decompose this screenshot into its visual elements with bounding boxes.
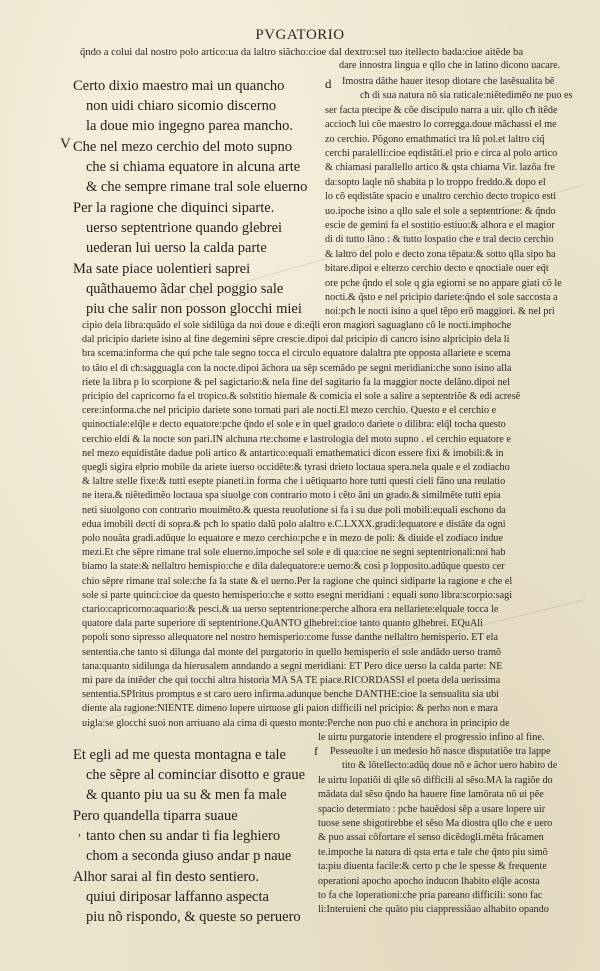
commentary-line: cere:informa.che nel pricipio dariete so… xyxy=(82,404,496,418)
paragraph-marker-f: f xyxy=(314,744,318,759)
verse-line: non uidi chiaro sicomio discerno xyxy=(73,96,276,118)
commentary-line: & laltre stelle fixe:& tutti esepte pian… xyxy=(82,475,505,489)
commentary-line: to tãto el di cħ:sagguagla con la nocte.… xyxy=(82,362,511,376)
commentary-line: quegli sigira elprio mobile da ariete iu… xyxy=(82,461,510,475)
commentary-line: Imostra dãthe hauer itesop diotare che l… xyxy=(342,75,554,89)
verse-line: Et egli ad me questa montagna e tale xyxy=(73,745,286,767)
margin-mark: V xyxy=(60,136,71,153)
commentary-line: biamo la state:& nellaltro hemispio:che … xyxy=(82,560,505,574)
commentary-line: mi pare da intẽder che qui tocchi altra … xyxy=(82,674,500,688)
margin-mark: , xyxy=(78,824,81,839)
paragraph-marker-d: d xyxy=(325,76,332,92)
verse-line: piu che salir non posson glocchi miei xyxy=(73,299,302,321)
commentary-line: da:sopto laqle nõ shabita p lo troppo fr… xyxy=(325,176,546,190)
verse-line: tanto chen su andar ti fia leghiero xyxy=(73,826,280,848)
verse-line: & quanto piu ua su & men fa male xyxy=(73,785,287,807)
commentary-line: acciocħ lui cõe maestro lo corregga.doue… xyxy=(325,118,557,132)
verse-line: quiui diriposar laffanno aspecta xyxy=(73,887,269,909)
commentary-line: tito & lõtellecto:adũq doue nõ e ãchor u… xyxy=(342,759,557,773)
verse-line: che sẽpre al cominciar disotto e graue xyxy=(73,765,305,787)
commentary-line: quatore dala parte superiore di septentr… xyxy=(82,617,483,631)
commentary-line: mezi.Et che sẽpre rimane tral sole eluer… xyxy=(82,546,505,560)
commentary-line: te.impoche la natura di qsta erta e tale… xyxy=(318,846,548,860)
commentary-line: dal pricipio dariete isino al fine degem… xyxy=(82,333,509,347)
commentary-line: & chiamasi parallello artico & qsta chia… xyxy=(325,161,555,175)
verse-line: Che nel mezo cerchio del moto supno xyxy=(73,137,292,159)
commentary-line: uigla:se glocchi suoi non arriuano ala c… xyxy=(82,717,509,731)
commentary-line: bra scema:informa che qui pche tale segn… xyxy=(82,347,511,361)
commentary-line: le uirtu lopatiõi di qlle sõ difficili a… xyxy=(318,774,553,788)
commentary-line: zo cerchio. Põgono emathmatici tra lũ po… xyxy=(325,133,545,147)
commentary-line: sole si parte quinci:cioe da questo hemi… xyxy=(82,589,512,603)
commentary-line: mãdata dal sẽso q̃ndo ha hauere fine lam… xyxy=(318,788,544,802)
commentary-line: ta:piu diuenta facile:& certo p che le s… xyxy=(318,860,547,874)
commentary-line: ser facta ptecipe & cõe discipulo narra … xyxy=(325,104,558,118)
commentary-line: riete la libra p lo scorpione & pel sagi… xyxy=(82,376,510,390)
commentary-line: & puo assai cõfortare el senso dicẽdogli… xyxy=(318,831,544,845)
commentary-line: Pesseuolte i un medesio hõ nasce disputa… xyxy=(330,745,551,759)
commentary-line: ne itera.& niẽtedimẽo loctaua spa siuolg… xyxy=(82,489,501,503)
verse-line: Per la ragione che diquinci siparte. xyxy=(73,198,274,220)
commentary-line: cipio dela libra:quãdo el sole sidilũga … xyxy=(82,319,511,333)
commentary-line: & laltro del polo e decto zona tẽpata:& … xyxy=(325,248,556,262)
commentary-line: cħ di sua natura nõ sia raticale:niẽtedi… xyxy=(360,89,572,103)
commentary-line: operationi apocho apocho inducon lhabito… xyxy=(318,875,540,889)
commentary-line: cerchi paralelli:cioe eqdistãti.el prio … xyxy=(325,147,557,161)
commentary-line: le uirtu purgatorie intendere el progres… xyxy=(318,731,544,745)
verse-line: Ma sate piace uolentieri saprei xyxy=(73,259,250,281)
commentary-line: nocti.& q̃sto e nel pricipio dariete:q̃n… xyxy=(325,291,558,305)
commentary-line: tuose sene sbigotirebbe el sẽso Ma diost… xyxy=(318,817,552,831)
commentary-line: pricipio del capricorno fa el tropico.& … xyxy=(82,390,520,404)
commentary-line: uo.ipoche isino a qllo sale el sole a se… xyxy=(325,205,556,219)
commentary-line: sententia.che tanto si dilunga dal monte… xyxy=(82,646,501,660)
commentary-line: cerchio eldi & la nocte son pari.IN alch… xyxy=(82,433,511,447)
commentary-line: ore pche q̃ndo el sole q gia egiorni se … xyxy=(325,277,562,291)
commentary-line: spacio determiato : pche hauẽdosi sẽp a … xyxy=(318,803,545,817)
verse-line: Certo dixio maestro mai un quancho xyxy=(73,76,284,98)
verse-line: piu nõ rispondo, & queste so peruero xyxy=(73,907,301,929)
manuscript-page: PVGATORIO q̃ndo a colui dal nostro polo … xyxy=(0,0,600,971)
top-commentary-line-2: dare innostra lingua e qllo che in latin… xyxy=(339,59,560,73)
commentary-line: li:Interuieni che quãto piu ciappressiãa… xyxy=(318,903,549,917)
running-head: PVGATORIO xyxy=(0,27,600,44)
verse-line: che si chiama equatore in alcuna arte xyxy=(73,157,300,179)
commentary-line: neti siuolgono con contrario mouimẽto.& … xyxy=(82,504,506,518)
verse-line: la doue mio ingegno parea mancho. xyxy=(73,116,293,138)
commentary-line: noi:pcħ le nocti isino a quel tẽpo erõ m… xyxy=(325,305,555,319)
verse-line: uerso septentrione quando glebrei xyxy=(73,218,282,240)
commentary-line: sententia.SPIritus promptus e st caro ue… xyxy=(82,688,499,702)
commentary-line: di di tutto lãno : & tutto lospatio che … xyxy=(325,233,554,247)
commentary-line: bitare.dipoi e elterzo cerchio decto e q… xyxy=(325,262,549,276)
commentary-line: popoli sono sipresso allequatore nel nos… xyxy=(82,631,498,645)
commentary-line: polo nouãta gradi.adũque lo equatore e m… xyxy=(82,532,503,546)
commentary-line: to fa che loperationi:che pria pareano d… xyxy=(318,889,542,903)
verse-line: & che sempre rimane tral sole eluerno xyxy=(73,177,307,199)
commentary-line: nel mezo equidistãte dadue poli artico &… xyxy=(82,447,504,461)
verse-line: Alhor sarai al fin desto sentiero. xyxy=(73,867,259,889)
verse-line: quãthauemo ãdar chel poggio sale xyxy=(73,279,283,301)
commentary-line: chio sẽpre rimane tral sole:che fa la st… xyxy=(82,575,512,589)
verse-line: chom a seconda giuso andar p naue xyxy=(73,846,291,868)
commentary-line: edua imobili decti di sopra.& pcħ lo spa… xyxy=(82,518,506,532)
verse-line: Pero quandella tiparra suaue xyxy=(73,806,238,828)
commentary-line: quinoctiale:elq̃le e decto equatore:pche… xyxy=(82,418,506,432)
verse-line: uederan lui uerso la calda parte xyxy=(73,238,267,260)
commentary-line: ctario:capricorno:aquario:& pesci.& ua u… xyxy=(82,603,498,617)
